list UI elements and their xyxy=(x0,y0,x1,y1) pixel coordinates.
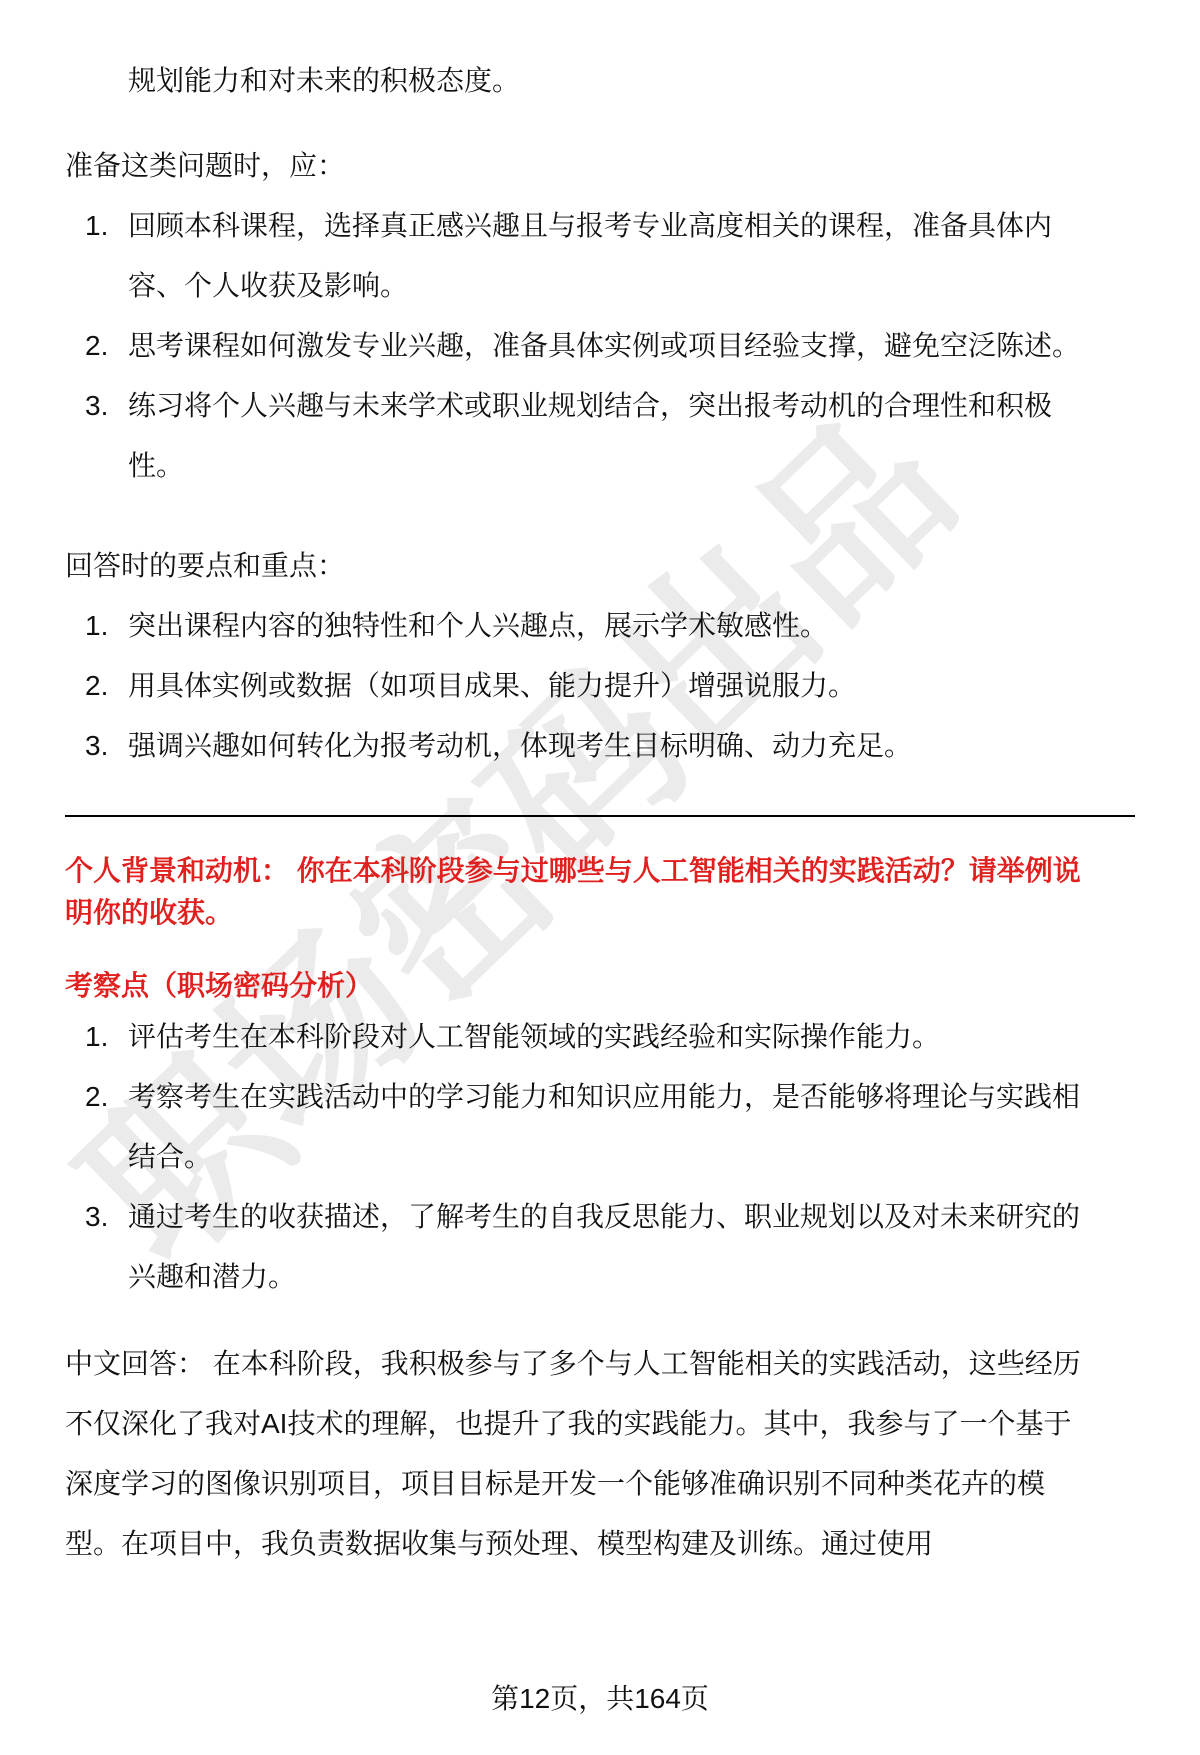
list-item: 2. 考察考生在实践活动中的学习能力和知识应用能力，是否能够将理论与实践相结合。 xyxy=(65,1067,1135,1187)
answer-paragraph: 中文回答： 在本科阶段，我积极参与了多个与人工智能相关的实践活动，这些经历不仅深… xyxy=(65,1334,1095,1574)
page-footer-indicator: 第12页，共164页 xyxy=(0,1684,1200,1714)
list-item: 3. 强调兴趣如何转化为报考动机，体现考生目标明确、动力充足。 xyxy=(65,716,1135,776)
list-item-text: 回顾本科课程，选择真正感兴趣且与报考专业高度相关的课程，准备具体内容、个人收获及… xyxy=(128,196,1088,316)
list-item-text: 强调兴趣如何转化为报考动机，体现考生目标明确、动力充足。 xyxy=(128,716,912,776)
list-item-number: 3. xyxy=(65,376,128,436)
exam-points-heading: 考察点（职场密码分析） xyxy=(65,965,1135,1007)
list-item-number: 1. xyxy=(65,196,128,256)
list-item-number: 3. xyxy=(65,716,128,776)
list-item-number: 3. xyxy=(65,1187,128,1247)
list-item: 2. 用具体实例或数据（如项目成果、能力提升）增强说服力。 xyxy=(65,656,1135,716)
list-item-text: 评估考生在本科阶段对人工智能领域的实践经验和实际操作能力。 xyxy=(128,1007,940,1067)
continuation-line: 规划能力和对未来的积极态度。 xyxy=(65,51,1135,111)
list-item-number: 1. xyxy=(65,1007,128,1067)
list-item: 1. 突出课程内容的独特性和个人兴趣点，展示学术敏感性。 xyxy=(65,596,1135,656)
list-item-text: 突出课程内容的独特性和个人兴趣点，展示学术敏感性。 xyxy=(128,596,828,656)
list-item-text: 练习将个人兴趣与未来学术或职业规划结合，突出报考动机的合理性和积极性。 xyxy=(128,376,1088,496)
question-heading: 个人背景和动机： 你在本科阶段参与过哪些与人工智能相关的实践活动？请举例说明你的… xyxy=(65,850,1095,934)
answer-points-intro: 回答时的要点和重点： xyxy=(65,536,1135,596)
prep-intro: 准备这类问题时，应： xyxy=(65,136,1135,196)
page-content: 规划能力和对未来的积极态度。 准备这类问题时，应： 1. 回顾本科课程，选择真正… xyxy=(0,51,1200,1574)
exam-points-list: 1. 评估考生在本科阶段对人工智能领域的实践经验和实际操作能力。 2. 考察考生… xyxy=(65,1007,1135,1307)
list-item-text: 考察考生在实践活动中的学习能力和知识应用能力，是否能够将理论与实践相结合。 xyxy=(128,1067,1088,1187)
list-item: 3. 通过考生的收获描述，了解考生的自我反思能力、职业规划以及对未来研究的兴趣和… xyxy=(65,1187,1135,1307)
answer-points-list: 1. 突出课程内容的独特性和个人兴趣点，展示学术敏感性。 2. 用具体实例或数据… xyxy=(65,596,1135,776)
prep-list: 1. 回顾本科课程，选择真正感兴趣且与报考专业高度相关的课程，准备具体内容、个人… xyxy=(65,196,1135,496)
list-item-number: 1. xyxy=(65,596,128,656)
list-item-number: 2. xyxy=(65,1067,128,1127)
list-item-text: 思考课程如何激发专业兴趣，准备具体实例或项目经验支撑，避免空泛陈述。 xyxy=(128,316,1080,376)
list-item-number: 2. xyxy=(65,656,128,716)
document-page: 职场密码出品 规划能力和对未来的积极态度。 准备这类问题时，应： 1. 回顾本科… xyxy=(0,0,1200,1755)
list-item-text: 通过考生的收获描述，了解考生的自我反思能力、职业规划以及对未来研究的兴趣和潜力。 xyxy=(128,1187,1088,1307)
list-item: 2. 思考课程如何激发专业兴趣，准备具体实例或项目经验支撑，避免空泛陈述。 xyxy=(65,316,1135,376)
section-divider xyxy=(65,815,1135,817)
list-item-text: 用具体实例或数据（如项目成果、能力提升）增强说服力。 xyxy=(128,656,856,716)
list-item: 1. 回顾本科课程，选择真正感兴趣且与报考专业高度相关的课程，准备具体内容、个人… xyxy=(65,196,1135,316)
list-item-number: 2. xyxy=(65,316,128,376)
list-item: 1. 评估考生在本科阶段对人工智能领域的实践经验和实际操作能力。 xyxy=(65,1007,1135,1067)
list-item: 3. 练习将个人兴趣与未来学术或职业规划结合，突出报考动机的合理性和积极性。 xyxy=(65,376,1135,496)
